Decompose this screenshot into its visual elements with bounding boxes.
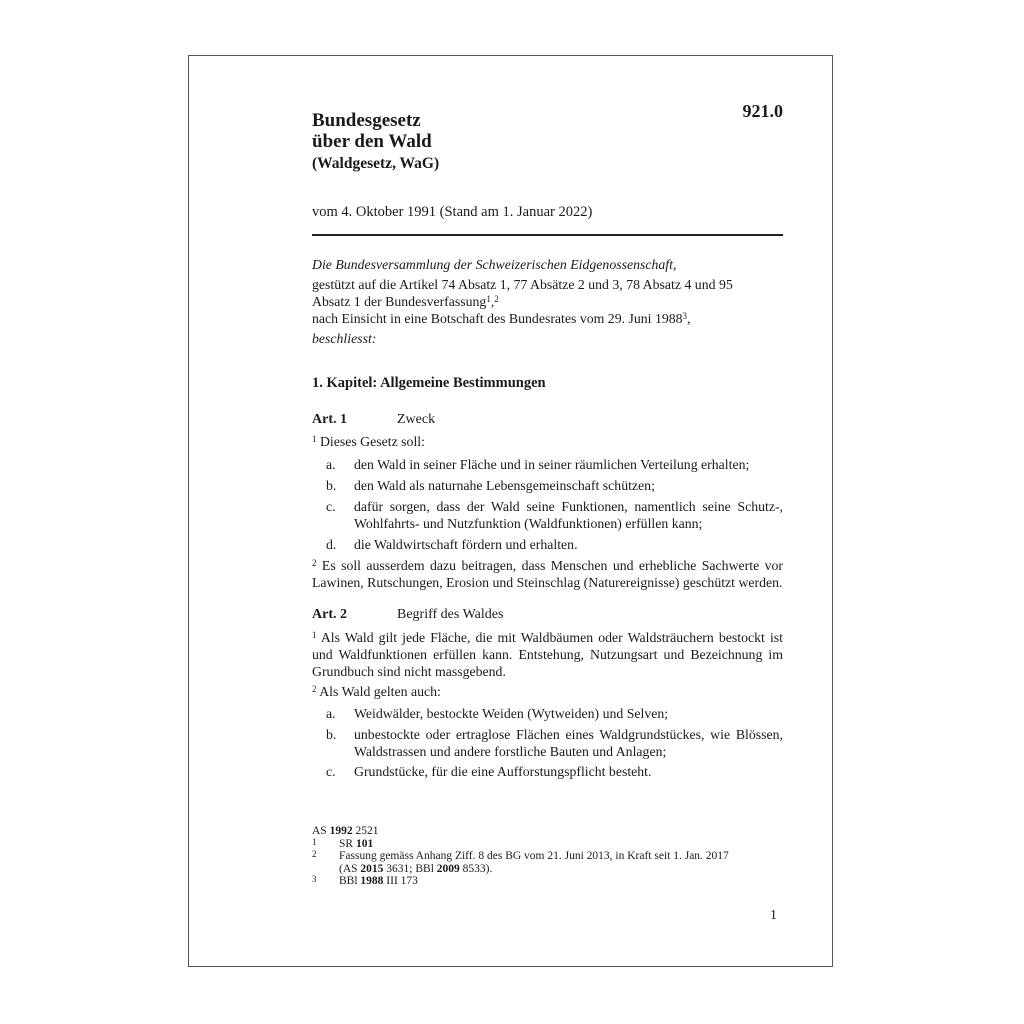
title-line-2: über den Wald [312, 131, 432, 152]
footnote-3: 3 BBl 1988 III 173 [312, 875, 783, 888]
article-1-item-d: d.die Waldwirtschaft fördern und erhalte… [312, 536, 783, 553]
article-1-paragraph-1: 1 Dieses Gesetz soll: [312, 433, 783, 450]
footnotes: AS 1992 2521 1 SR 101 2 Fassung gemäss A… [312, 825, 783, 888]
chapter-heading: 1. Kapitel: Allgemeine Bestimmungen [312, 375, 546, 392]
article-2-item-a: a.Weidwälder, bestockte Weiden (Wytweide… [312, 705, 783, 722]
preamble-decides: beschliesst: [312, 330, 792, 347]
title-line-1: Bundesgesetz [312, 110, 432, 131]
article-2-paragraph-2: 2 Als Wald gelten auch: [312, 683, 783, 700]
article-2-item-b: b.unbestockte oder ertraglose Flächen ei… [312, 726, 783, 760]
law-title: Bundesgesetz über den Wald [312, 110, 432, 152]
footnote-2: 2 Fassung gemäss Anhang Ziff. 8 des BG v… [312, 850, 783, 875]
header-divider [312, 234, 783, 236]
law-short-title: (Waldgesetz, WaG) [312, 155, 439, 173]
article-1-item-b: b.den Wald als naturnahe Lebensgemeinsch… [312, 477, 783, 494]
article-1-paragraph-2: 2 Es soll ausserdem dazu beitragen, dass… [312, 557, 783, 591]
preamble-message: nach Einsicht in eine Botschaft des Bund… [312, 310, 792, 327]
footnote-1: 1 SR 101 [312, 838, 783, 851]
preamble-issuer: Die Bundesversammlung der Schweizerische… [312, 256, 792, 273]
official-compilation-reference: AS 1992 2521 [312, 825, 783, 838]
article-1-heading: Art. 1Zweck [312, 412, 435, 428]
article-2-paragraph-1: 1 Als Wald gilt jede Fläche, die mit Wal… [312, 629, 783, 680]
page-number: 1 [770, 908, 777, 924]
article-2-item-c: c.Grundstücke, für die eine Aufforstungs… [312, 763, 783, 780]
article-1-item-c: c.dafür sorgen, dass der Wald seine Funk… [312, 498, 783, 532]
sr-number: 921.0 [740, 101, 783, 122]
preamble-basis: gestützt auf die Artikel 74 Absatz 1, 77… [312, 276, 792, 310]
article-2-heading: Art. 2Begriff des Waldes [312, 607, 503, 623]
date-line: vom 4. Oktober 1991 (Stand am 1. Januar … [312, 204, 592, 221]
article-1-item-a: a.den Wald in seiner Fläche und in seine… [312, 456, 783, 473]
preamble: Die Bundesversammlung der Schweizerische… [312, 256, 792, 347]
footnote-ref-2[interactable]: 2 [494, 294, 499, 304]
